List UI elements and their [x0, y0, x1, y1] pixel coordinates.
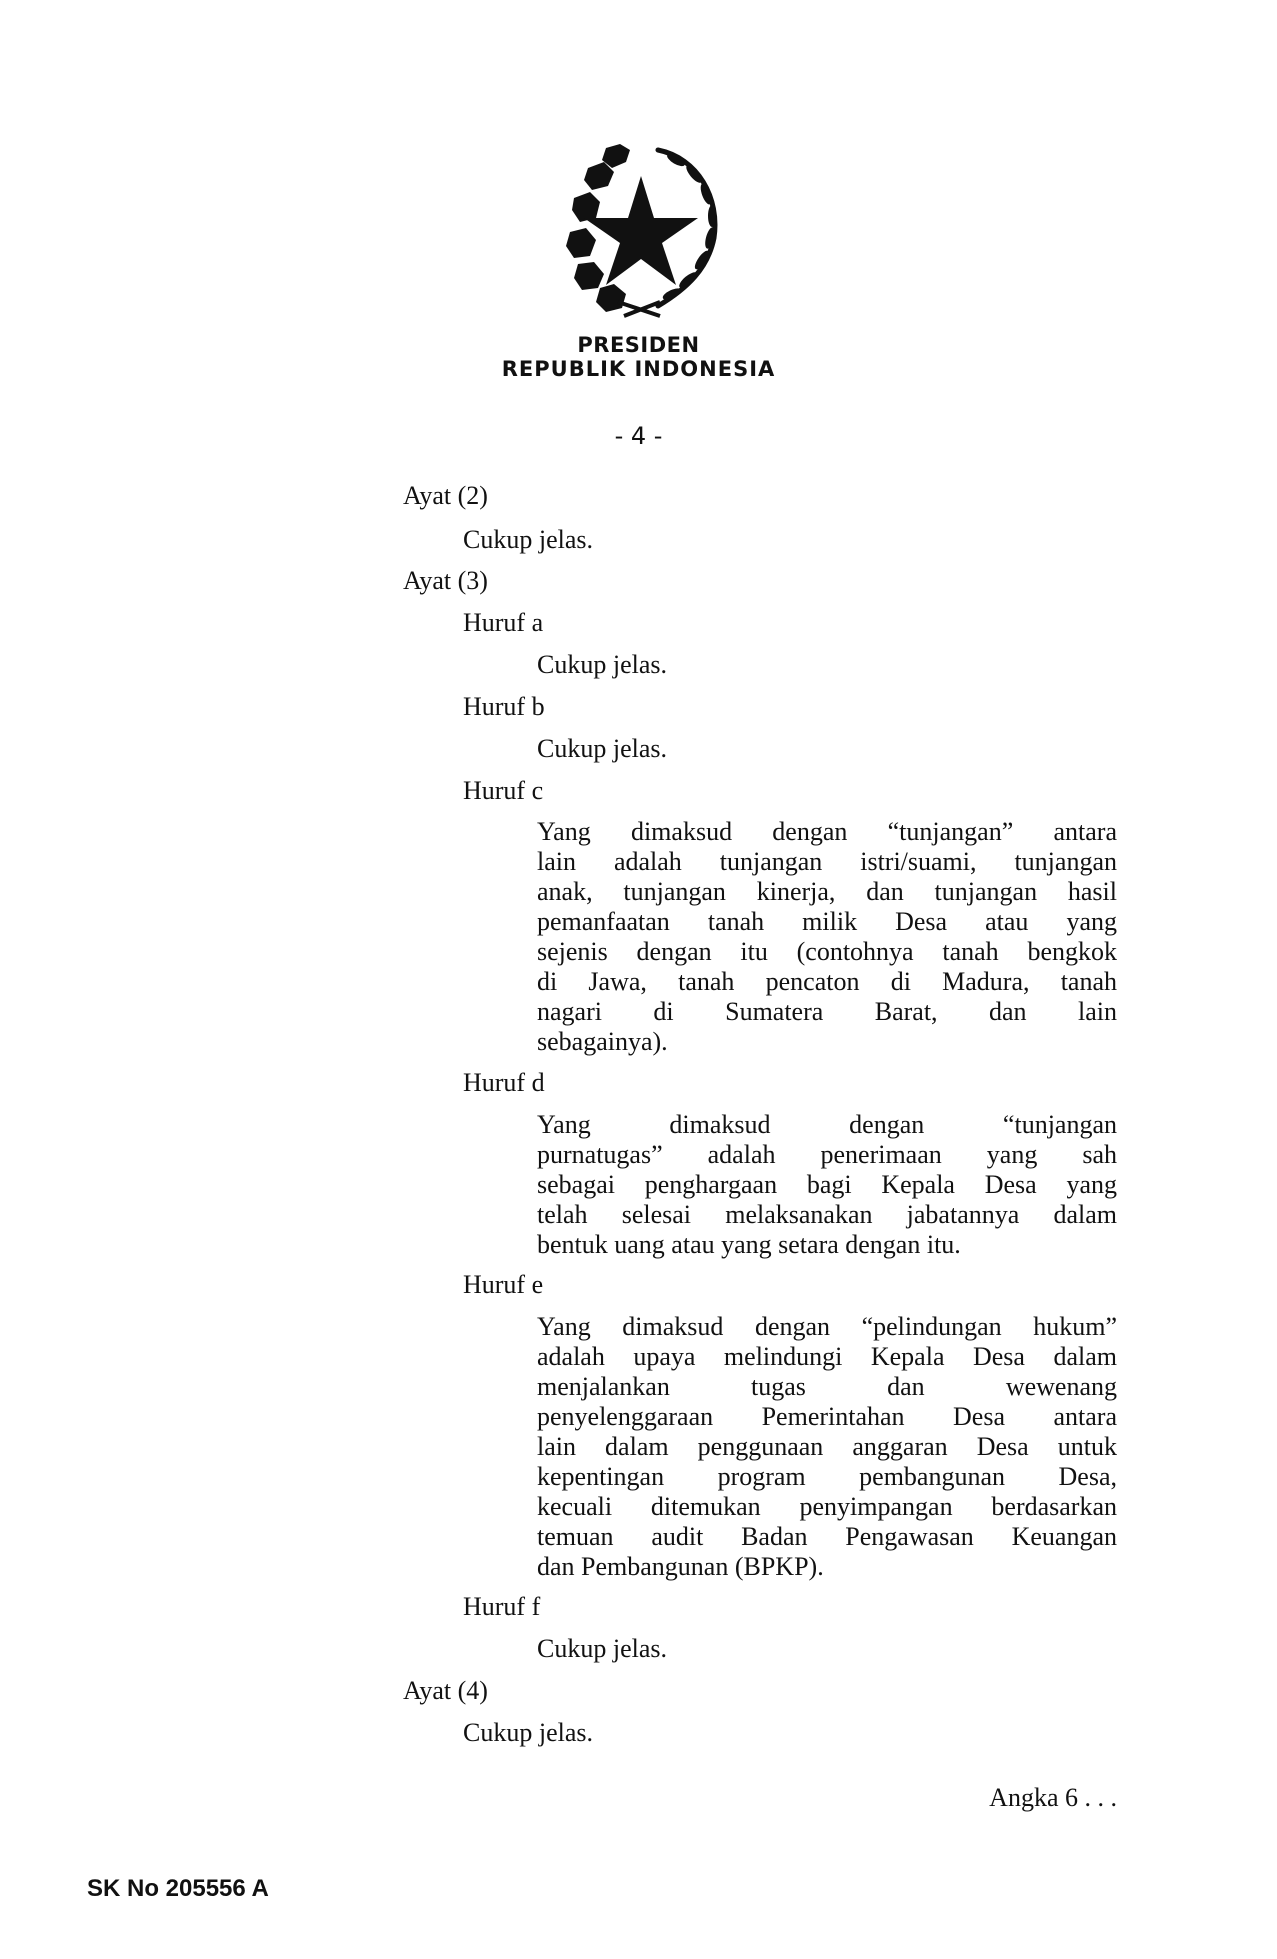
presidential-emblem-icon [548, 138, 734, 318]
huruf-f-label: Huruf f [463, 1592, 540, 1622]
continuation-marker: Angka 6 . . . [989, 1783, 1117, 1813]
huruf-d-paragraph: Yang dimaksud dengan “tunjangan purnatug… [537, 1110, 1117, 1260]
document-code: SK No 205556 A [87, 1875, 269, 1903]
paragraph-line: di Jawa, tanah pencaton di Madura, tanah [537, 967, 1117, 997]
huruf-f-text: Cukup jelas. [537, 1634, 667, 1664]
paragraph-line: anak, tunjangan kinerja, dan tunjangan h… [537, 877, 1117, 907]
paragraph-line: nagari di Sumatera Barat, dan lain [537, 997, 1117, 1027]
header-title-presiden: PRESIDEN [0, 333, 1277, 357]
paragraph-line: sejenis dengan itu (contohnya tanah beng… [537, 937, 1117, 967]
ayat-4-label: Ayat (4) [403, 1676, 488, 1706]
paragraph-line: sebagai penghargaan bagi Kepala Desa yan… [537, 1170, 1117, 1200]
paragraph-line: purnatugas” adalah penerimaan yang sah [537, 1140, 1117, 1170]
paragraph-line: adalah upaya melindungi Kepala Desa dala… [537, 1342, 1117, 1372]
huruf-a-text: Cukup jelas. [537, 650, 667, 680]
paragraph-line: dan Pembangunan (BPKP). [537, 1552, 1117, 1582]
huruf-e-paragraph: Yang dimaksud dengan “pelindungan hukum”… [537, 1312, 1117, 1582]
huruf-e-label: Huruf e [463, 1270, 543, 1300]
paragraph-line: lain dalam penggunaan anggaran Desa untu… [537, 1432, 1117, 1462]
paragraph-line: penyelenggaraan Pemerintahan Desa antara [537, 1402, 1117, 1432]
huruf-c-label: Huruf c [463, 776, 543, 806]
paragraph-line: kecuali ditemukan penyimpangan berdasark… [537, 1492, 1117, 1522]
paragraph-line: kepentingan program pembangunan Desa, [537, 1462, 1117, 1492]
huruf-b-text: Cukup jelas. [537, 734, 667, 764]
huruf-d-label: Huruf d [463, 1068, 545, 1098]
paragraph-line: Yang dimaksud dengan “pelindungan hukum” [537, 1312, 1117, 1342]
ayat-2-text: Cukup jelas. [463, 525, 593, 555]
ayat-3-label: Ayat (3) [403, 566, 488, 596]
ayat-2-label: Ayat (2) [403, 481, 488, 511]
paragraph-line: bentuk uang atau yang setara dengan itu. [537, 1230, 1117, 1260]
paragraph-line: sebagainya). [537, 1027, 1117, 1057]
huruf-b-label: Huruf b [463, 692, 545, 722]
paragraph-line: Yang dimaksud dengan “tunjangan” antara [537, 817, 1117, 847]
ayat-4-text: Cukup jelas. [463, 1718, 593, 1748]
paragraph-line: Yang dimaksud dengan “tunjangan [537, 1110, 1117, 1140]
paragraph-line: menjalankan tugas dan wewenang [537, 1372, 1117, 1402]
header-title-republik: REPUBLIK INDONESIA [0, 357, 1277, 381]
huruf-c-paragraph: Yang dimaksud dengan “tunjangan” antara … [537, 817, 1117, 1057]
paragraph-line: pemanfaatan tanah milik Desa atau yang [537, 907, 1117, 937]
paragraph-line: telah selesai melaksanakan jabatannya da… [537, 1200, 1117, 1230]
page-number: - 4 - [0, 422, 1277, 450]
huruf-a-label: Huruf a [463, 608, 543, 638]
paragraph-line: temuan audit Badan Pengawasan Keuangan [537, 1522, 1117, 1552]
paragraph-line: lain adalah tunjangan istri/suami, tunja… [537, 847, 1117, 877]
